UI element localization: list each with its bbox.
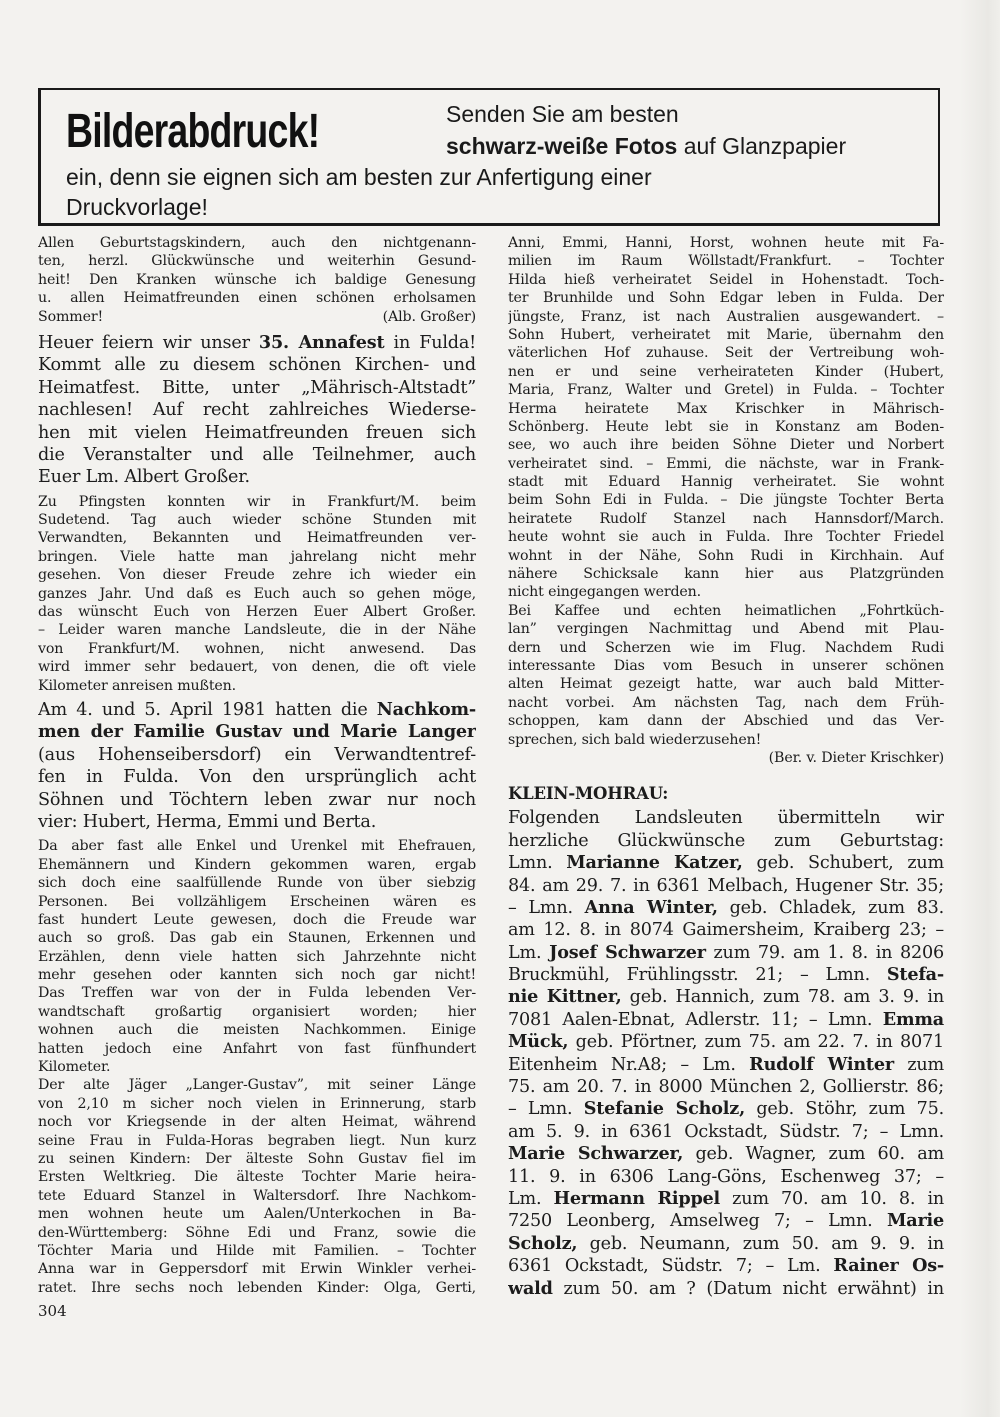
list-item: Mück, geb. Pförtner, zum 75. am 22. 7. i… — [508, 1031, 944, 1053]
list-item: – Lmn. Stefanie Scholz, geb. Stöhr, zum … — [508, 1098, 944, 1120]
family-continuation-paragraph: Anni, Emmi, Hanni, Horst, wohnen heute m… — [508, 234, 944, 602]
list-item: Lmn. Marianne Katzer, geb. Schubert, zum — [508, 852, 944, 874]
list-item: – Lmn. Anna Winter, geb. Chladek, zum 83… — [508, 897, 944, 919]
list-item: Lm. Josef Schwarzer zum 79. am 1. 8. in … — [508, 942, 944, 964]
left-column: Allen Geburtstagskindern, auch den nicht… — [38, 234, 476, 1297]
page-number: 304 — [38, 1302, 67, 1320]
notice-bold-text: schwarz-weiße Fotos — [446, 133, 677, 159]
signature: (Alb. Großer) — [383, 308, 476, 326]
list-item: 11. 9. in 6306 Lang-Göns, Eschenweg 37; … — [508, 1166, 944, 1188]
list-item: wald zum 50. am ? (Datum nicht erwähnt) … — [508, 1278, 944, 1300]
enkel-paragraph: Da aber fast alle Enkel und Urenkel mit … — [38, 837, 476, 1076]
pfingsten-paragraph: Zu Pfingsten konnten wir in Frankfurt/M.… — [38, 493, 476, 695]
notice-title: Bilderabdruck! — [66, 104, 319, 160]
list-item: Marie Schwarzer, geb. Wagner, zum 60. am — [508, 1143, 944, 1165]
list-item: Eitenheim Nr.A8; – Lm. Rudolf Winter zum — [508, 1054, 944, 1076]
list-item: nie Kittner, geb. Hannich, zum 78. am 3.… — [508, 986, 944, 1008]
notice-line-2: schwarz-weiße Fotos auf Glanzpapier — [446, 132, 846, 160]
list-item: 7250 Leonberg, Amselweg 7; – Lmn. Marie — [508, 1210, 944, 1232]
langer-family-paragraph: Am 4. und 5. April 1981 hatten die Nachk… — [38, 699, 476, 833]
list-item: Scholz, geb. Neumann, zum 50. am 9. 9. i… — [508, 1233, 944, 1255]
list-item: Bruckmühl, Frühlingsstr. 21; – Lmn. Stef… — [508, 964, 944, 986]
birthday-list-paragraph: Folgenden Landsleuten übermitteln wir he… — [508, 807, 944, 1300]
jaeger-paragraph: Der alte Jäger „Langer-Gustav”, mit sein… — [38, 1076, 476, 1297]
list-item: 7081 Aalen-Ebnat, Adlerstr. 11; – Lmn. E… — [508, 1009, 944, 1031]
list-item: Lm. Hermann Rippel zum 70. am 10. 8. in — [508, 1188, 944, 1210]
list-item: 75. am 20. 7. in 8000 München 2, Gollier… — [508, 1076, 944, 1098]
notice-line-4: Druckvorlage! — [66, 193, 208, 221]
annafest-paragraph: Heuer feiern wir unser 35. Annafest in F… — [38, 332, 476, 489]
kaffee-paragraph: Bei Kaffee und echten heimatlichen „Fohr… — [508, 602, 944, 768]
notice-line-3: ein, denn sie eignen sich am besten zur … — [66, 163, 652, 191]
right-column: Anni, Emmi, Hanni, Horst, wohnen heute m… — [508, 234, 944, 1300]
list-item: am 12. 8. in 8074 Gaimersheim, Kraiberg … — [508, 919, 944, 941]
signature: (Ber. v. Dieter Krischker) — [508, 749, 944, 767]
greeting-paragraph: Allen Geburtstagskindern, auch den nicht… — [38, 234, 476, 326]
section-heading-klein-mohrau: KLEIN-MOHRAU: — [508, 783, 944, 807]
list-item: 6361 Ockstadt, Südstr. 7; – Lm. Rainer O… — [508, 1255, 944, 1277]
page-edge-shadow — [960, 0, 1000, 1417]
notice-line-1: Senden Sie am besten — [446, 100, 679, 128]
list-item: 84. am 29. 7. in 6361 Melbach, Hugener S… — [508, 875, 944, 897]
list-item: am 5. 9. in 6361 Ockstadt, Südstr. 7; – … — [508, 1121, 944, 1143]
